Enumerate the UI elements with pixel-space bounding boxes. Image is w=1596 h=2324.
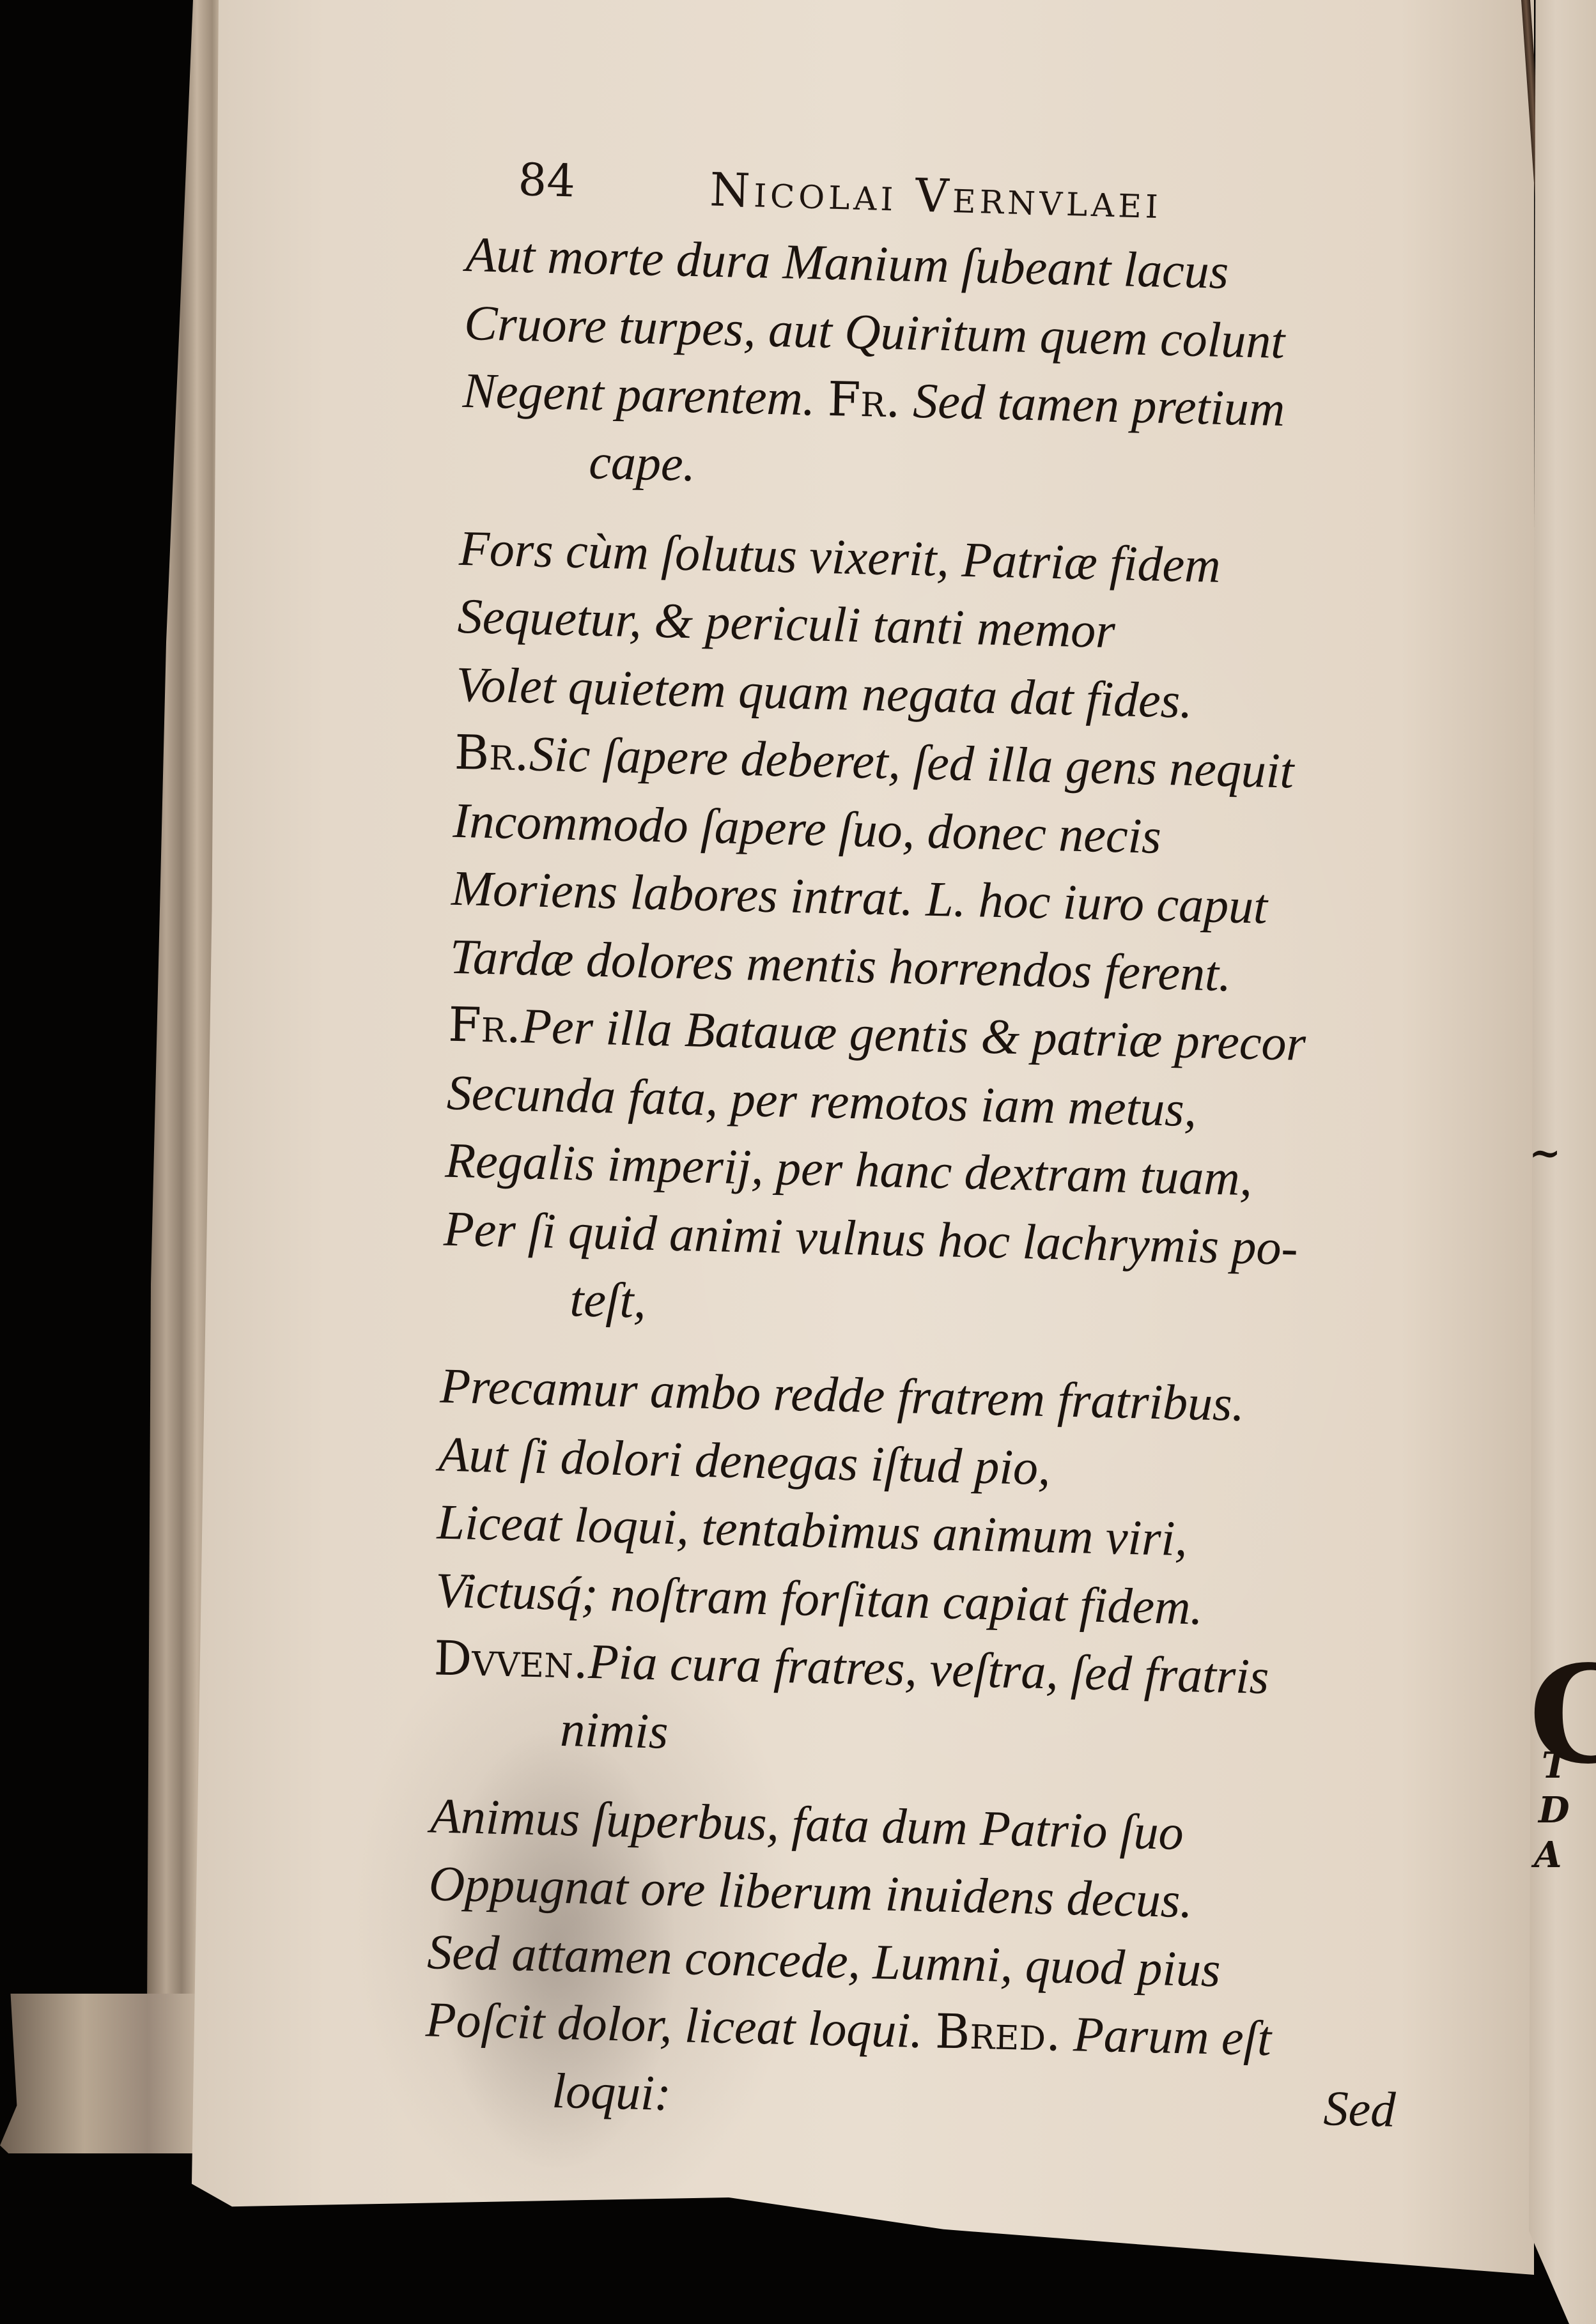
verse-text-segment: Aut morte dura Manium ſubeant lacus	[465, 226, 1229, 299]
verse-text-segment: Incommodo ſapere ſuo, donec necis	[453, 792, 1162, 863]
verse-text-segment: Per ſi quid animi vulnus hoc lachrymis p…	[443, 1200, 1298, 1275]
verse-text-segment: Pia cura fratres, veſtra, ſed fratris	[587, 1633, 1269, 1704]
speaker-label: Fr.	[827, 372, 901, 429]
facing-fragment-mark: ~	[1529, 1131, 1561, 1176]
page-stack-edge	[0, 0, 211, 2324]
verse-text-segment: Sed attamen concede, Lumni, quod pius	[427, 1923, 1221, 1997]
cover-edge	[0, 1994, 211, 2153]
verse-text-segment: Volet quietem quam negata dat fides.	[456, 656, 1193, 728]
verse-text-segment: Sed tamen pretium	[900, 372, 1285, 436]
verse-text-segment: Parum eſt	[1060, 2006, 1272, 2066]
facing-page: ~ C T D A	[1529, 0, 1596, 2324]
verse-text-segment: Oppugnat ore liberum inuidens decus.	[428, 1855, 1193, 1928]
catchword: Sed	[1322, 2074, 1396, 2144]
speaker-label: Dvven.	[433, 1631, 589, 1689]
verse-text-segment: Per illa Batauæ gentis & patriæ precor	[520, 997, 1306, 1071]
verse-text-segment: loqui:	[552, 2062, 672, 2120]
facing-fragment: A	[1534, 1834, 1561, 1876]
verse-text-segment: Fors cùm ſolutus vixerit, Patriæ fidem	[458, 519, 1221, 592]
verse-text-segment: nimis	[560, 1700, 669, 1758]
verse-text-segment: Sic ſapere deberet, ſed illa gens nequit	[529, 725, 1294, 798]
verse-text-segment: Regalis imperij, per hanc dextram tuam,	[445, 1132, 1253, 1206]
running-title: Nicolai Vernvlaei	[709, 162, 1163, 229]
verse-text-segment: Sequetur, & periculi tanti memor	[457, 588, 1116, 658]
verse-text-segment: Aut ſi dolori denegas iſtud pio,	[438, 1426, 1051, 1495]
page-number: 84	[518, 153, 576, 207]
facing-fragment: T	[1542, 1744, 1569, 1787]
verse-text-segment: Moriens labores intrat. L. hoc iuro capu…	[451, 860, 1268, 934]
verse-text-segment: Cruore turpes, aut Quiritum quem colunt	[463, 294, 1285, 368]
facing-fragment: D	[1538, 1789, 1570, 1831]
verse-text-segment: Poſcit dolor, liceat loqui.	[425, 1991, 936, 2058]
verse-text-segment: Precamur ambo redde fratrem fratribus.	[440, 1358, 1245, 1432]
verse-text-segment: cape.	[589, 433, 697, 491]
verse-text-segment: teſt,	[569, 1271, 647, 1328]
verse-text-segment: Animus ſuperbus, fata dum Patrio ſuo	[430, 1787, 1184, 1860]
speaker-label: Bred.	[934, 2004, 1062, 2061]
verse-text-segment: Victusq́; noſtram forſitan capiat fidem.	[435, 1562, 1204, 1635]
verse-text-segment: Secunda fata, per remotos iam metus,	[446, 1064, 1197, 1137]
verse-text-segment: Negent parentem.	[462, 362, 828, 426]
verse-text-segment: Tardæ dolores mentis horrendos ferent.	[449, 928, 1232, 1001]
verse-text: Aut morte dura Manium ſubeant lacusCruor…	[423, 220, 1463, 2144]
speaker-label: Br.	[454, 725, 530, 782]
verse-text-segment: Liceat loqui, tentabimus animum viri,	[437, 1493, 1188, 1566]
speaker-label: Fr.	[447, 997, 522, 1054]
